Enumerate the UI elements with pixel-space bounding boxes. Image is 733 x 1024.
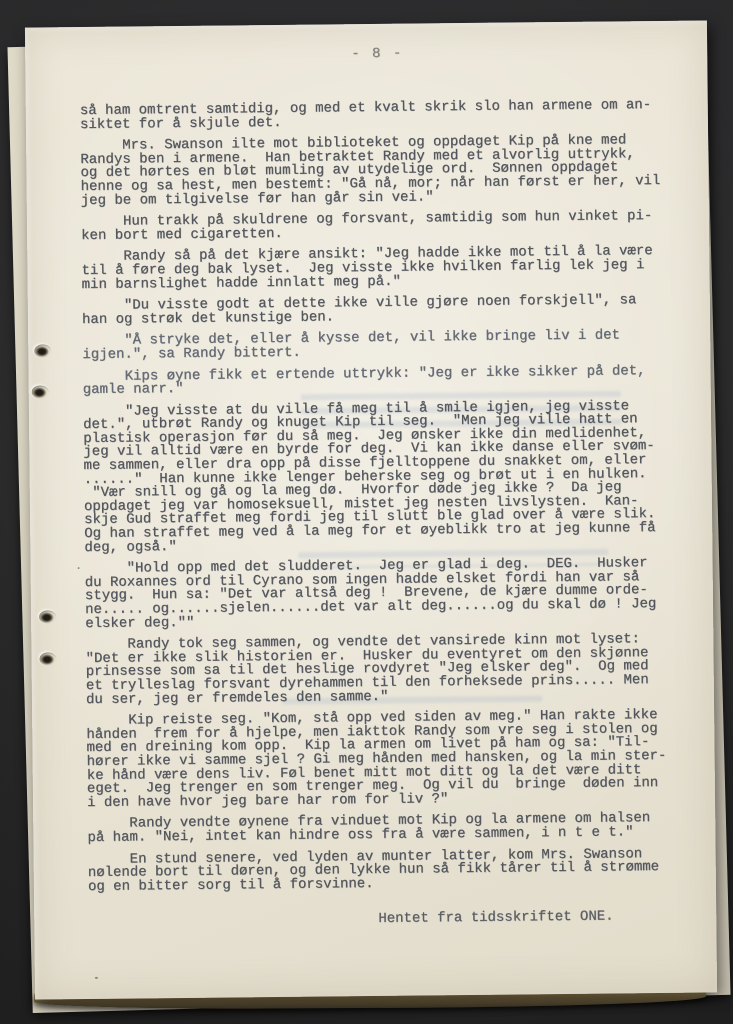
paragraph: Kip reiste seg. "Kom, stå opp ved siden … [86,709,683,810]
paragraph: Randy tok seg sammen, og vendte det vans… [85,633,682,707]
typewritten-page: - 8 - så ham omtrent samtidig, og med et… [25,20,717,999]
punch-hole [34,344,51,357]
paragraph: Hun trakk på skuldrene og forsvant, samt… [81,210,677,243]
punch-hole [39,610,56,623]
paper-speck [78,567,80,569]
text-column: - 8 - så ham omtrent samtidig, og med et… [79,43,684,930]
document-body: så ham omtrent samtidig, og med et kvalt… [80,99,684,894]
paper-speck [95,977,98,979]
paragraph: Randy vendte øynene fra vinduet mot Kip … [87,812,683,845]
source-attribution: Hentet fra tidsskriftet ONE. [378,908,684,927]
paragraph: "Du visste godt at dette ikke ville gjør… [82,294,678,327]
paragraph: Mrs. Swanson ilte mot biblioteket og opp… [80,134,677,208]
paragraph: "Jeg visste at du ville få meg til å smi… [83,399,681,555]
paragraph: så ham omtrent samtidig, og med et kvalt… [80,99,676,132]
paragraph: "Å stryke det, eller å kysse det, vil ik… [82,329,678,362]
page-number: - 8 - [79,43,675,65]
paragraph: "Hold opp med det sludderet. Jeg er glad… [85,557,682,631]
punch-hole [39,652,56,665]
paragraph: Randy så på det kjære ansikt: "Jeg hadde… [81,245,677,292]
punch-hole [32,385,49,398]
paragraph: En stund senere, ved lyden av munter lat… [88,847,684,894]
paragraph: Kips øyne fikk et ertende uttrykk: "Jeg … [83,364,679,397]
